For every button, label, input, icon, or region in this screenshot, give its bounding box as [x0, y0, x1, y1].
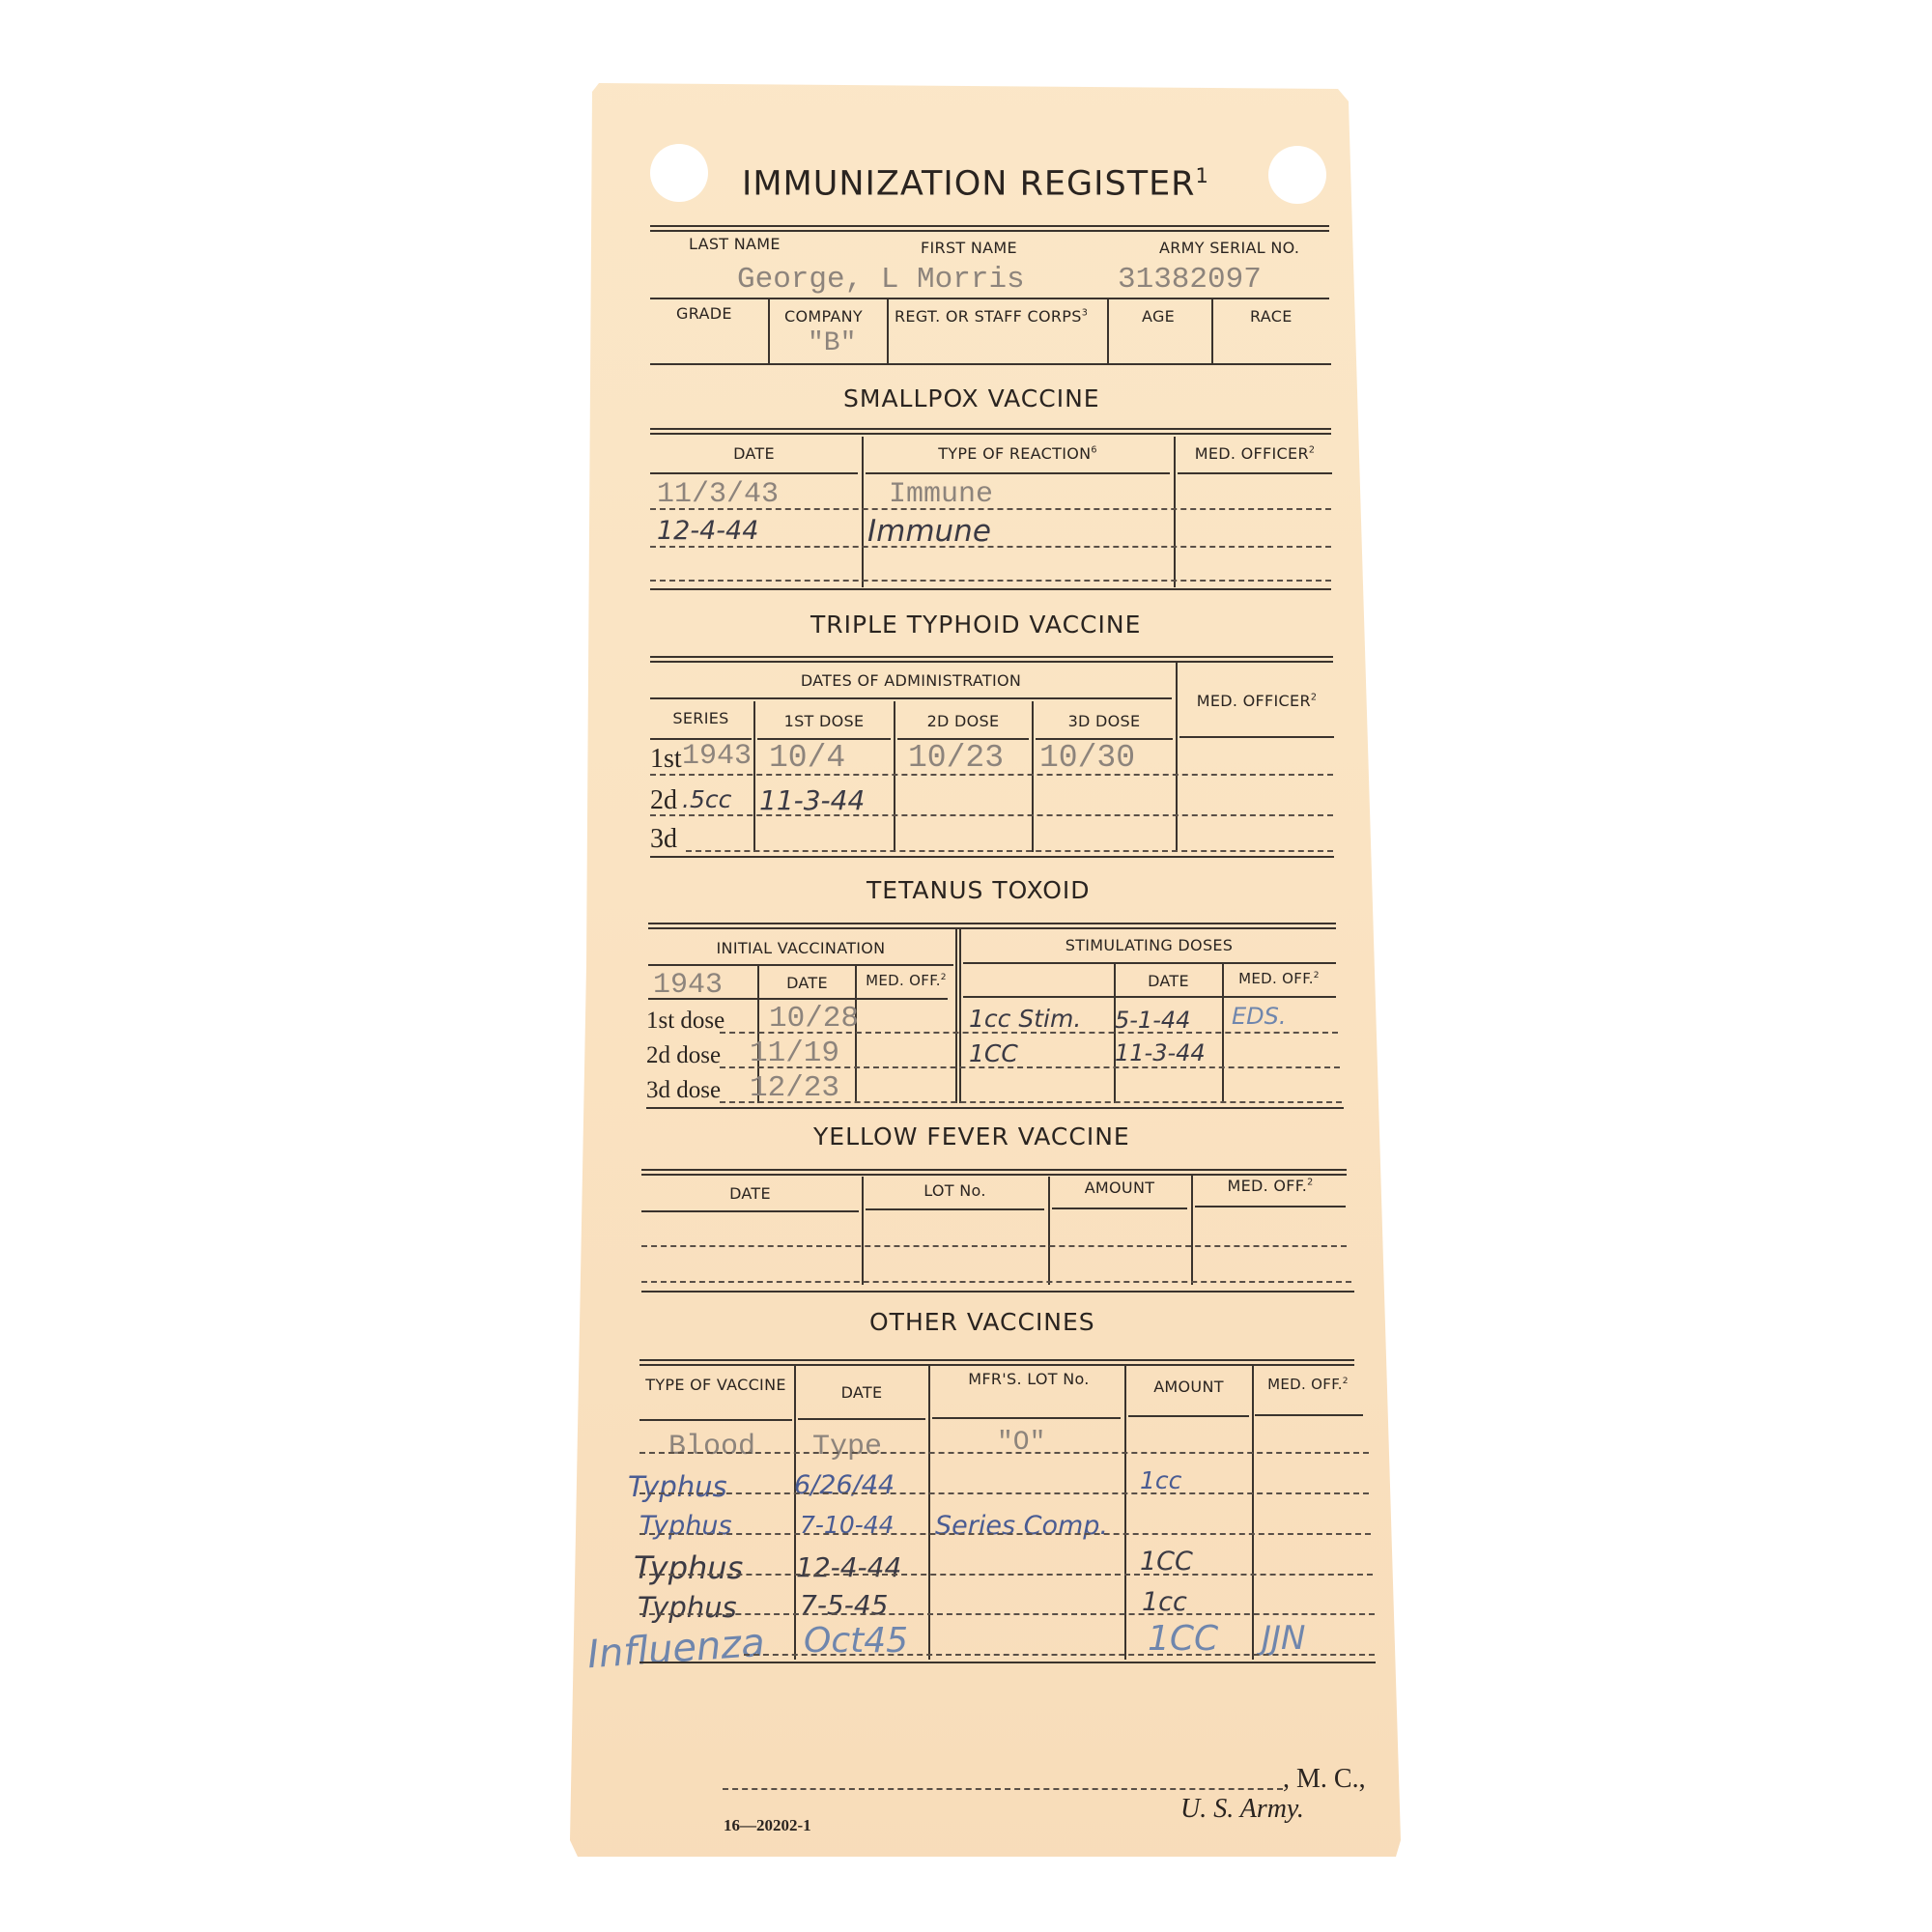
dose3-header: 3D DOSE — [1036, 712, 1173, 730]
grade-label: GRADE — [676, 304, 732, 323]
other-row3-lot: Series Comp. — [935, 1511, 1108, 1541]
entry-line — [639, 1613, 1375, 1615]
series-header: SERIES — [650, 709, 752, 727]
entry-line — [639, 1452, 1369, 1454]
other-vaccines-title: OTHER VACCINES — [869, 1308, 1095, 1336]
stim-dose2-date: 11-3-44 — [1115, 1039, 1206, 1066]
yf-amount-header: AMOUNT — [1052, 1179, 1187, 1197]
entry-line — [650, 546, 1331, 548]
entry-line — [641, 1245, 1347, 1247]
smallpox-reaction-header: TYPE OF REACTION6 — [866, 444, 1170, 463]
other-row4-type: Typhus — [634, 1549, 743, 1586]
serial-label: ARMY SERIAL NO. — [1159, 239, 1299, 257]
initial-dose1-date: 10/28 — [769, 1002, 859, 1036]
other-row6-amount: 1CC — [1148, 1619, 1218, 1659]
entry-line — [641, 1281, 1351, 1283]
col-divider — [1191, 1175, 1193, 1285]
signature-org: U. S. Army. — [1180, 1794, 1304, 1825]
entry-line — [744, 1654, 1375, 1656]
divider — [641, 1169, 1347, 1176]
divider — [963, 996, 1336, 998]
divider — [1052, 1207, 1187, 1209]
col-divider — [955, 929, 957, 1103]
divider — [648, 923, 1336, 929]
col-divider — [1222, 964, 1224, 1103]
divider — [1178, 472, 1332, 474]
divider — [798, 1418, 925, 1420]
age-label: AGE — [1142, 307, 1175, 326]
divider — [650, 856, 1334, 858]
col-divider — [862, 1177, 864, 1285]
smallpox-officer-header: MED. OFFICER2 — [1178, 444, 1332, 463]
yellow-fever-title: YELLOW FEVER VACCINE — [813, 1122, 1130, 1151]
initial-dose3-date: 12/23 — [750, 1071, 839, 1105]
other-row2-type: Typhus — [628, 1470, 727, 1503]
series-2-dose1: 11-3-44 — [759, 784, 865, 816]
typhoid-officer-header: MED. OFFICER2 — [1179, 692, 1334, 710]
other-row4-amount: 1CC — [1140, 1547, 1193, 1577]
entry-line — [720, 1066, 1340, 1068]
initial-dose2-label: 2d dose — [646, 1042, 721, 1069]
col-divider — [887, 299, 889, 363]
other-lot-header: MFR'S. LOT No. — [966, 1370, 1092, 1389]
col-divider — [794, 1366, 796, 1660]
smallpox-row1-date: 11/3/43 — [657, 478, 779, 511]
other-amount-header: AMOUNT — [1128, 1378, 1249, 1396]
series-1-dose2: 10/23 — [908, 740, 1004, 776]
initial-dose1-label: 1st dose — [646, 1008, 724, 1035]
divider — [650, 697, 1172, 699]
initial-date-header: DATE — [761, 974, 853, 992]
other-row2-date: 6/26/44 — [794, 1470, 895, 1500]
smallpox-row2-date: 12-4-44 — [657, 516, 758, 546]
typhoid-title: TRIPLE TYPHOID VACCINE — [810, 611, 1141, 639]
punch-hole-right — [1268, 146, 1326, 204]
divider — [650, 363, 1331, 365]
divider — [646, 1107, 1344, 1109]
company-value: "B" — [808, 328, 856, 358]
col-divider — [1174, 437, 1176, 587]
divider — [641, 1291, 1354, 1293]
company-label: COMPANY — [784, 307, 863, 326]
dose1-header: 1ST DOSE — [757, 712, 891, 730]
punch-hole-left — [650, 144, 708, 202]
stim-dose2: 1CC — [969, 1039, 1018, 1067]
entry-line — [686, 850, 1333, 852]
divider — [866, 472, 1170, 474]
series-2-label: 2d — [650, 785, 677, 816]
divider — [648, 964, 953, 966]
initial-medoff-header: MED. OFF.2 — [858, 972, 954, 989]
smallpox-title: SMALLPOX VACCINE — [843, 384, 1100, 412]
col-divider — [1032, 701, 1034, 852]
divider — [639, 1359, 1354, 1366]
divider — [963, 962, 1336, 964]
other-row2-amount: 1cc — [1140, 1466, 1181, 1494]
entry-line — [650, 814, 1333, 816]
other-officer-header: MED. OFF.2 — [1255, 1376, 1361, 1393]
other-row1-date: Type — [812, 1431, 882, 1463]
other-row4-date: 12-4-44 — [796, 1551, 901, 1583]
entry-line — [639, 1533, 1371, 1535]
divider — [932, 1417, 1121, 1419]
divider — [866, 1208, 1044, 1210]
stim-date-header: DATE — [1118, 972, 1219, 990]
divider — [639, 1662, 1376, 1663]
form-number: 16—20202-1 — [724, 1816, 811, 1835]
initial-dose2-date: 11/19 — [750, 1037, 839, 1070]
divider — [650, 656, 1333, 663]
entry-line — [650, 508, 1331, 510]
stim-dose1-officer: EDS. — [1232, 1003, 1287, 1030]
col-divider — [928, 1366, 930, 1660]
yf-date-header: DATE — [641, 1184, 859, 1203]
entry-line — [639, 1574, 1373, 1576]
serial-value: 31382097 — [1118, 263, 1262, 297]
divider — [650, 428, 1331, 435]
tetanus-title: TETANUS TOXOID — [867, 876, 1091, 904]
col-divider — [894, 701, 895, 852]
divider — [648, 998, 948, 1000]
divider — [1255, 1414, 1363, 1416]
entry-line — [650, 774, 1333, 776]
divider — [650, 298, 1329, 299]
col-divider — [959, 929, 961, 1103]
smallpox-row2-reaction: Immune — [867, 514, 991, 549]
stim-medoff-header: MED. OFF.2 — [1225, 970, 1333, 987]
col-divider — [753, 701, 755, 852]
divider — [641, 1210, 859, 1212]
other-row6-officer: JJN — [1262, 1619, 1306, 1658]
entry-line — [720, 1101, 1342, 1103]
name-value: George, L Morris — [737, 263, 1025, 297]
other-row5-date: 7-5-45 — [800, 1589, 888, 1621]
other-row3-type: Typhus — [639, 1511, 732, 1541]
dose2-header: 2D DOSE — [897, 712, 1029, 730]
col-divider — [862, 437, 864, 587]
stimulating-doses-header: STIMULATING DOSES — [963, 936, 1335, 954]
col-divider — [1252, 1364, 1254, 1660]
race-label: RACE — [1250, 307, 1293, 326]
divider — [650, 225, 1329, 232]
entry-line — [720, 1032, 1338, 1034]
first-name-label: FIRST NAME — [921, 239, 1017, 257]
series-1-label: 1st — [650, 744, 682, 775]
other-type-header: TYPE OF VACCINE — [639, 1376, 792, 1395]
series-3-label: 3d — [650, 824, 677, 855]
col-divider — [1211, 299, 1213, 363]
smallpox-date-header: DATE — [650, 444, 858, 463]
other-row1-type: Blood — [668, 1431, 755, 1463]
divider — [639, 1419, 792, 1421]
divider — [1128, 1415, 1249, 1417]
stim-dose1-date: 5-1-44 — [1115, 1007, 1190, 1034]
col-divider — [1107, 299, 1109, 363]
page-title: IMMUNIZATION REGISTER1 — [742, 164, 1209, 204]
signature-suffix: , M. C., — [1283, 1764, 1366, 1795]
yf-officer-header: MED. OFF.2 — [1195, 1177, 1346, 1195]
initial-dose3-label: 3d dose — [646, 1077, 721, 1104]
divider — [1195, 1206, 1346, 1207]
entry-line — [650, 580, 1331, 582]
smallpox-row1-reaction: Immune — [889, 478, 993, 511]
series-2-note: .5cc — [682, 785, 731, 813]
col-divider — [1048, 1177, 1050, 1285]
tetanus-year: 1943 — [653, 969, 723, 1002]
initial-vaccination-header: INITIAL VACCINATION — [648, 939, 953, 957]
series-1-dose3: 10/30 — [1039, 740, 1135, 776]
col-divider — [768, 299, 770, 363]
dates-admin-header: DATES OF ADMINISTRATION — [650, 671, 1172, 690]
other-row5-type: Typhus — [638, 1591, 737, 1624]
yf-lot-header: LOT No. — [866, 1181, 1044, 1200]
divider — [650, 588, 1331, 590]
series-1-dose1: 10/4 — [769, 740, 845, 776]
col-divider — [1114, 964, 1116, 1103]
signature-line — [723, 1788, 1283, 1790]
divider — [1179, 736, 1334, 738]
other-date-header: DATE — [798, 1383, 925, 1402]
col-divider — [1176, 663, 1178, 852]
divider — [650, 472, 858, 474]
entry-line — [639, 1492, 1369, 1494]
series-1-note: 1943 — [682, 740, 752, 773]
regt-label: REGT. OR STAFF CORPS3 — [895, 307, 1088, 326]
stim-dose1: 1cc Stim. — [969, 1005, 1081, 1033]
col-divider — [1124, 1364, 1126, 1660]
last-name-label: LAST NAME — [689, 235, 781, 253]
